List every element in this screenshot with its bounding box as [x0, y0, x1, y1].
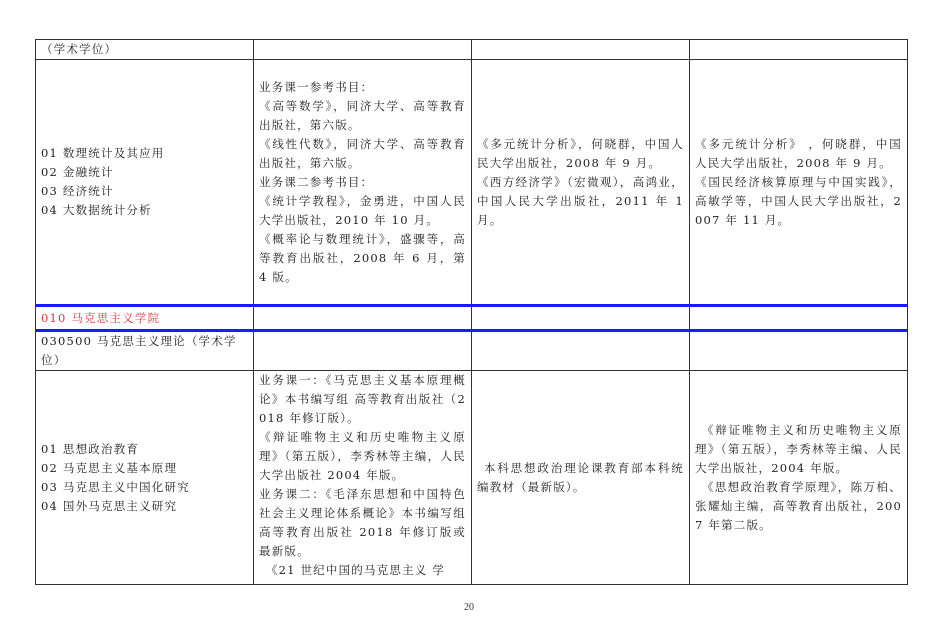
table-row-marxism: 01 思想政治教育 02 马克思主义基本原理 03 马克思主义中国化研究 04 … — [36, 371, 908, 585]
page-number: 20 — [0, 602, 938, 613]
reference-item: 《多元统计分析》，何晓群，中国人民大学出版社，2008 年 9 月。 — [477, 135, 684, 173]
cell-research-directions: 01 数理统计及其应用 02 金融统计 03 经济统计 04 大数据统计分析 — [36, 60, 254, 306]
direction-item: 01 思想政治教育 — [41, 440, 248, 459]
cell-equivalent-references: 《多元统计分析》 ，何晓群，中国人民大学出版社，2008 年 9 月。 《国民经… — [690, 60, 908, 306]
college-name: 010 马克思主义学院 — [36, 306, 254, 331]
cell-retest-references: 本科思想政治理论课教育部本科统编教材（最新版）。 — [472, 371, 690, 585]
cell-exam-references: 业务课一：《马克思主义基本原理概论》本书编写组 高等教育出版社（2018 年修订… — [254, 371, 472, 585]
direction-item: 02 金融统计 — [41, 163, 248, 182]
document-page: （学术学位） 01 数理统计及其应用 02 金融统计 03 经济统计 04 大数… — [0, 0, 938, 618]
reference-item: 《多元统计分析》 ，何晓群，中国人民大学出版社，2008 年 9 月。 — [695, 135, 902, 173]
reference-item: 《概率论与数理统计》，盛骤等，高等教育出版社，2008 年 6 月，第 4 版。 — [259, 230, 466, 287]
reference-item: 本科思想政治理论课教育部本科统编教材（最新版）。 — [477, 459, 684, 497]
reference-item: 《西方经济学》（宏微观），高鸿业，中国人民大学出版社，2011 年 1月。 — [477, 173, 684, 230]
table-row-major: 030500 马克思主义理论（学术学位） — [36, 331, 908, 371]
cell-empty — [254, 306, 472, 331]
reference-item: 《21 世纪中国的马克思主义 学 — [259, 561, 466, 580]
direction-item: 03 经济统计 — [41, 182, 248, 201]
cell-empty — [472, 40, 690, 60]
cell-empty — [254, 331, 472, 371]
reference-item: 《线性代数》，同济大学、高等教育出版社，第六版。 — [259, 135, 466, 173]
catalog-table: （学术学位） 01 数理统计及其应用 02 金融统计 03 经济统计 04 大数… — [35, 39, 908, 585]
reference-item: 《辩证唯物主义和历史唯物主义原理》（第五版），李秀林等主编，人民大学出版社 20… — [259, 428, 466, 485]
direction-item: 04 大数据统计分析 — [41, 201, 248, 220]
reference-item: 《高等数学》，同济大学、高等教育出版社，第六版。 — [259, 97, 466, 135]
table-row-college: 010 马克思主义学院 — [36, 306, 908, 331]
reference-item: 业务课一：《马克思主义基本原理概论》本书编写组 高等教育出版社（2018 年修订… — [259, 371, 466, 428]
cell-empty — [254, 40, 472, 60]
cell-exam-references: 业务课一参考书目： 《高等数学》，同济大学、高等教育出版社，第六版。 《线性代数… — [254, 60, 472, 306]
major-name: 030500 马克思主义理论（学术学位） — [36, 331, 254, 371]
cell-empty — [690, 331, 908, 371]
cell-degree-label: （学术学位） — [36, 40, 254, 60]
reference-item: 业务课二参考书目： — [259, 173, 466, 192]
direction-item: 01 数理统计及其应用 — [41, 144, 248, 163]
cell-empty — [472, 331, 690, 371]
reference-item: 《统计学教程》，金勇进，中国人民大学出版社，2010 年 10 月。 — [259, 192, 466, 230]
cell-research-directions: 01 思想政治教育 02 马克思主义基本原理 03 马克思主义中国化研究 04 … — [36, 371, 254, 585]
reference-item: 《国民经济核算原理与中国实践》，高敏学等，中国人民大学出版社，2007 年 11… — [695, 173, 902, 230]
cell-empty — [690, 40, 908, 60]
cell-empty — [690, 306, 908, 331]
reference-item: 业务课二：《毛泽东思想和中国特色社会主义理论体系概论》本书编写组 高等教育出版社… — [259, 485, 466, 561]
cell-equivalent-references: 《辩证唯物主义和历史唯物主义原理》（第五版），李秀林等主编、人民大学出版社，20… — [690, 371, 908, 585]
direction-item: 03 马克思主义中国化研究 — [41, 478, 248, 497]
reference-item: 《辩证唯物主义和历史唯物主义原理》（第五版），李秀林等主编、人民大学出版社，20… — [695, 421, 902, 478]
reference-item: 业务课一参考书目： — [259, 78, 466, 97]
direction-item: 02 马克思主义基本原理 — [41, 459, 248, 478]
table-row-academic-degree: （学术学位） — [36, 40, 908, 60]
reference-item: 《思想政治教育学原理》，陈万柏、张耀灿主编，高等教育出版社，2007 年第二版。 — [695, 478, 902, 535]
cell-retest-references: 《多元统计分析》，何晓群，中国人民大学出版社，2008 年 9 月。 《西方经济… — [472, 60, 690, 306]
direction-item: 04 国外马克思主义研究 — [41, 497, 248, 516]
cell-empty — [472, 306, 690, 331]
table-row-statistics: 01 数理统计及其应用 02 金融统计 03 经济统计 04 大数据统计分析 业… — [36, 60, 908, 306]
